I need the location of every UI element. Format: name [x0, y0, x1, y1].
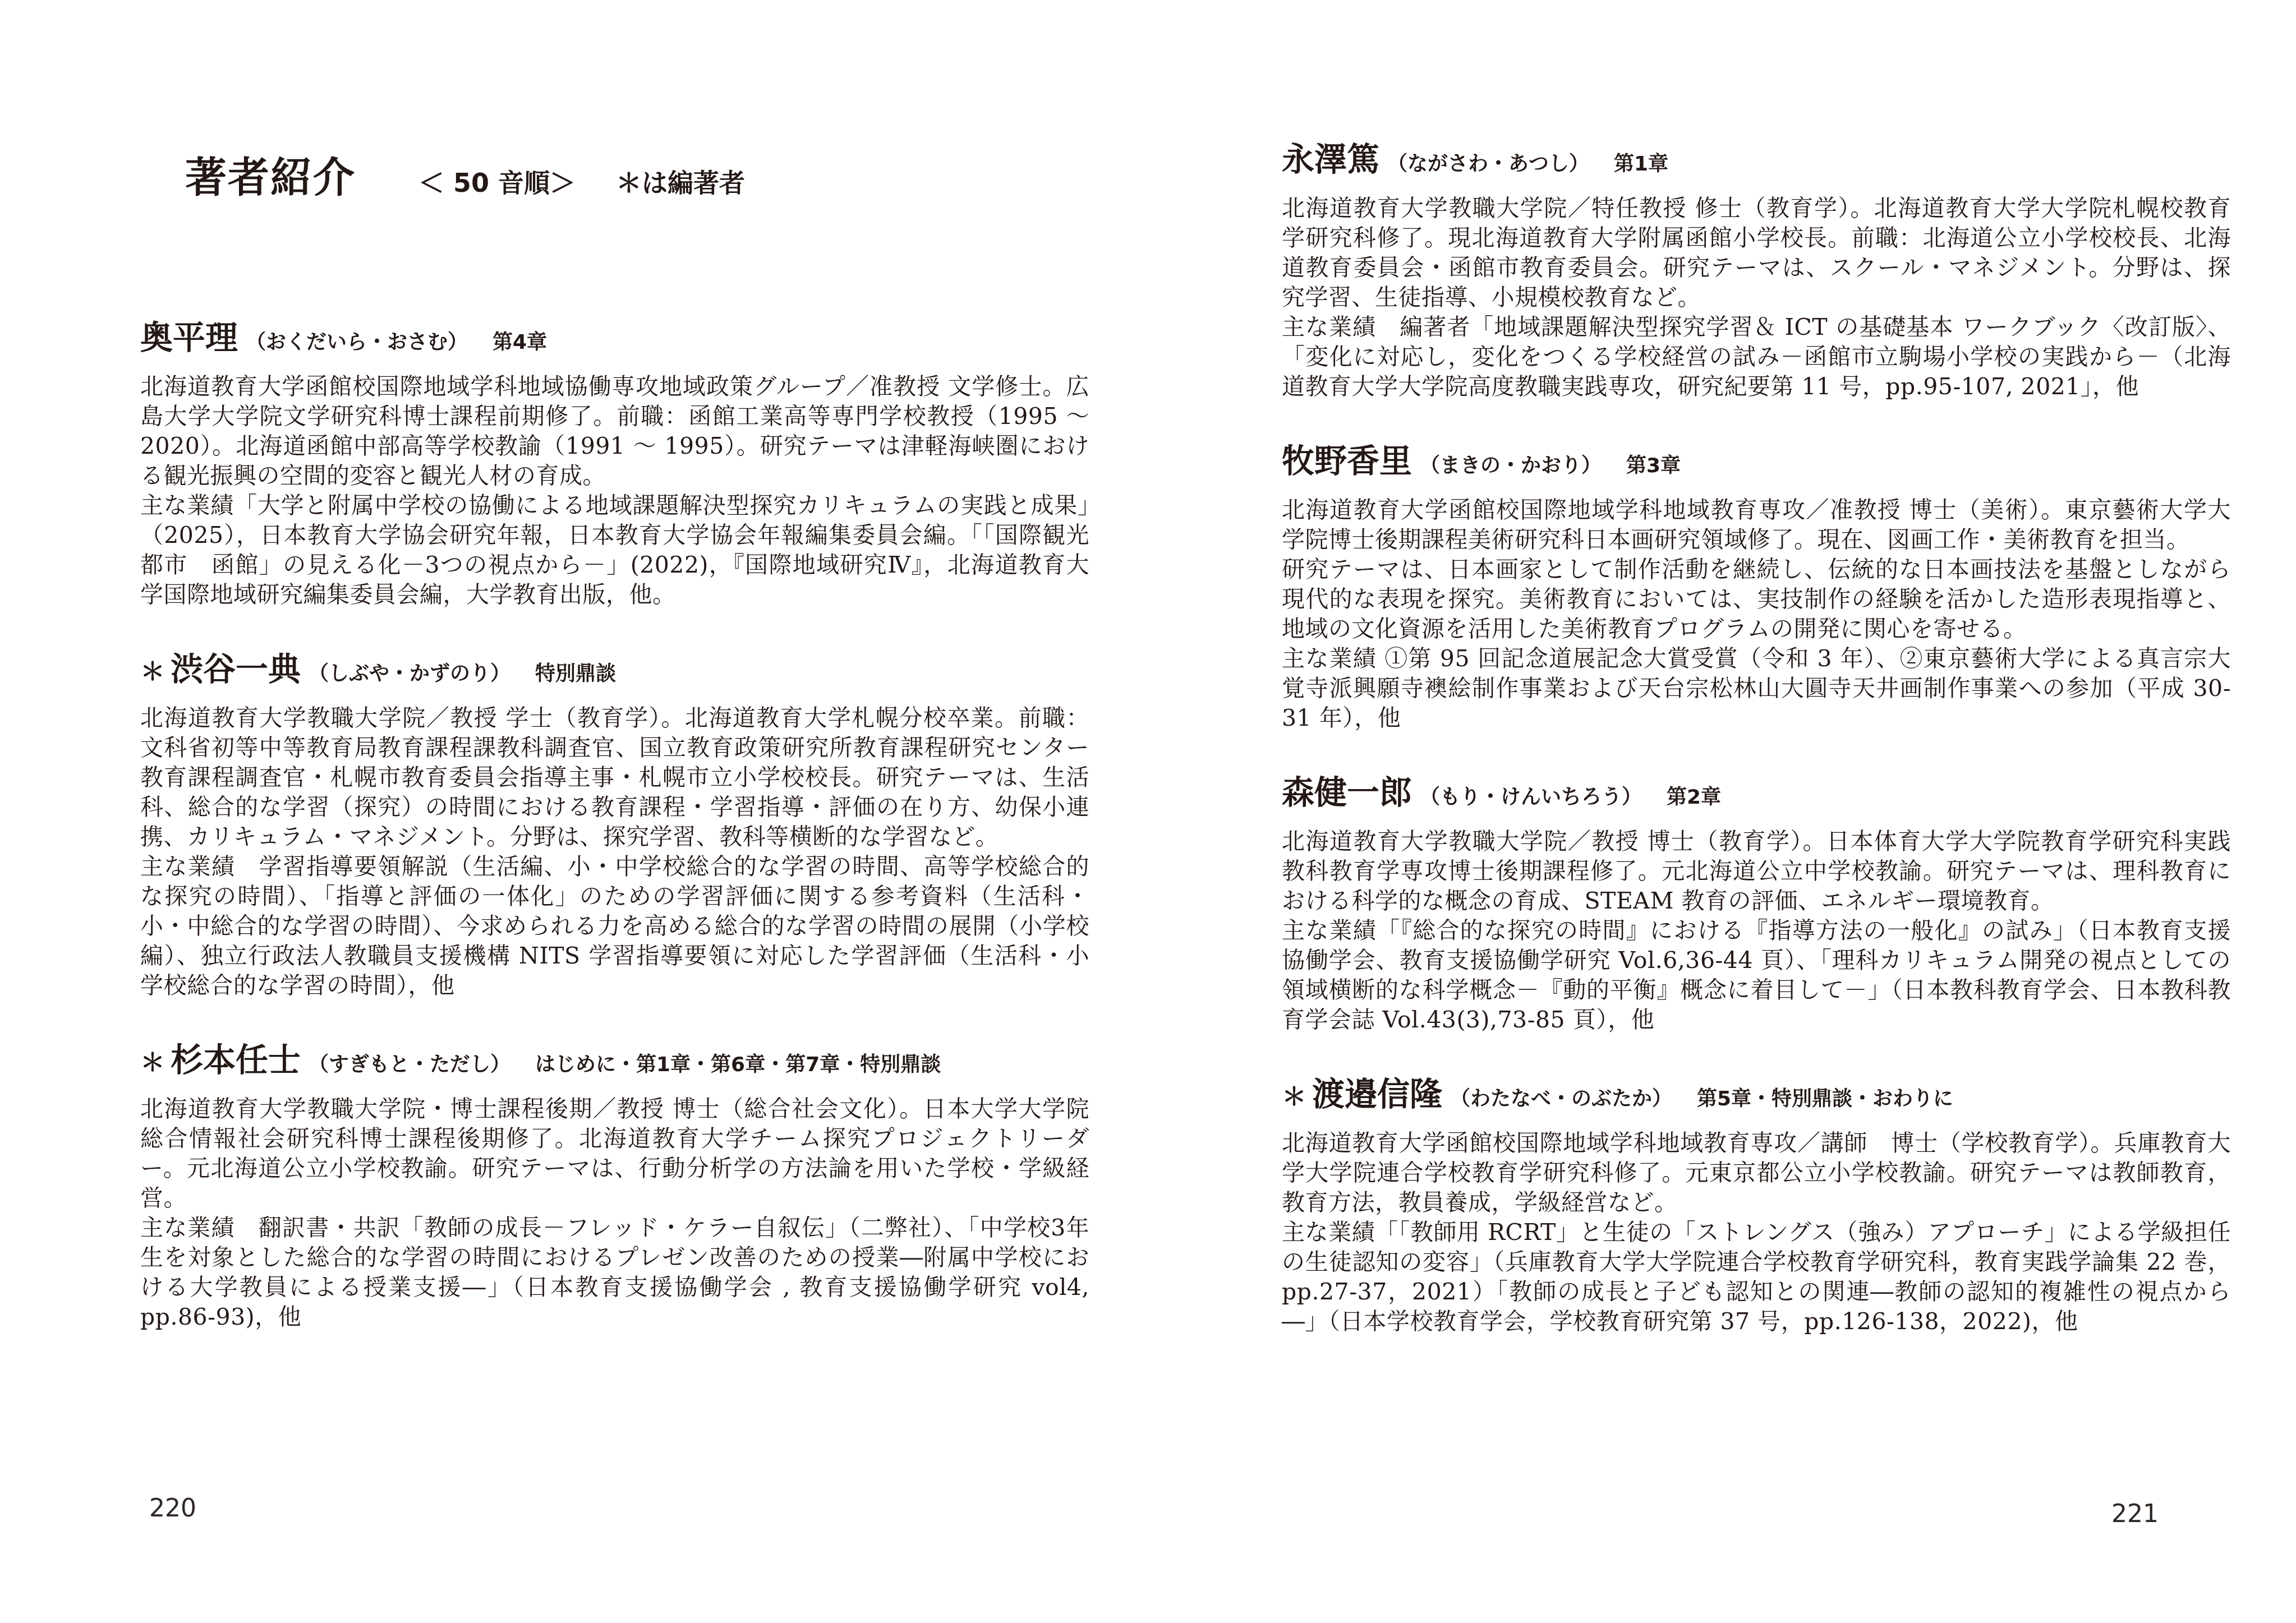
- author-entry: 永澤篤 （ながさわ・あつし） 第1章 北海道教育大学教職大学院／特任教授 修士（…: [1282, 142, 2231, 402]
- author-chapters: 第4章: [493, 332, 547, 353]
- author-asterisk: ＊: [1282, 1085, 1306, 1110]
- author-chapters: 第2章: [1667, 787, 1721, 808]
- author-entry: 牧野香里 （まきの・かおり） 第3章 北海道教育大学函館校国際地域学科地域教育専…: [1282, 444, 2231, 733]
- page-number-right: 221: [2111, 1500, 2159, 1528]
- author-furigana: （おくだいら・おさむ）: [246, 332, 468, 353]
- page-title: 著者紹介: [185, 145, 356, 204]
- author-name: 奥平理: [140, 321, 238, 355]
- author-name: 渋谷一典: [171, 652, 301, 686]
- author-heading: 牧野香里 （まきの・かおり） 第3章: [1282, 444, 2231, 478]
- author-name: 渡邉信隆: [1312, 1077, 1442, 1112]
- author-bio: 北海道教育大学函館校国際地域学科地域教育専攻／准教授 博士（美術）。東京藝術大学…: [1282, 495, 2231, 733]
- author-furigana: （もり・けんいちろう）: [1420, 787, 1642, 808]
- author-heading: 永澤篤 （ながさわ・あつし） 第1章: [1282, 142, 2231, 177]
- author-name: 牧野香里: [1282, 444, 1412, 478]
- author-name: 永澤篤: [1282, 142, 1379, 177]
- author-entry: 奥平理 （おくだいら・おさむ） 第4章 北海道教育大学函館校国際地域学科地域協働…: [140, 321, 1089, 610]
- left-page: 著者紹介 ＜ 50 音順＞ ＊は編著者 奥平理 （おくだいら・おさむ） 第4章 …: [140, 0, 1089, 1332]
- author-bio: 北海道教育大学函館校国際地域学科地域協働専攻地域政策グループ／准教授 文学修士。…: [140, 372, 1089, 610]
- author-furigana: （すぎもと・ただし）: [309, 1054, 510, 1076]
- author-asterisk: ＊: [140, 660, 165, 685]
- order-note: ＜ 50 音順＞: [418, 163, 576, 200]
- author-heading: 奥平理 （おくだいら・おさむ） 第4章: [140, 321, 1089, 355]
- author-bio: 北海道教育大学教職大学院／特任教授 修士（教育学）。北海道教育大学大学院札幌校教…: [1282, 193, 2231, 402]
- page-header: 著者紹介 ＜ 50 音順＞ ＊は編著者: [185, 145, 1089, 204]
- page-number-left: 220: [149, 1494, 196, 1523]
- author-bio: 北海道教育大学函館校国際地域学科地域教育専攻／講師 博士（学校教育学）。兵庫教育…: [1282, 1128, 2231, 1336]
- author-entry: ＊ 渡邉信隆 （わたなべ・のぶたか） 第5章・特別鼎談・おわりに 北海道教育大学…: [1282, 1077, 2231, 1336]
- author-chapters: 第3章: [1626, 455, 1681, 477]
- author-chapters: 第5章・特別鼎談・おわりに: [1697, 1089, 1953, 1110]
- author-name: 森健一郎: [1282, 776, 1412, 810]
- right-page: 永澤篤 （ながさわ・あつし） 第1章 北海道教育大学教職大学院／特任教授 修士（…: [1282, 0, 2231, 1336]
- author-chapters: 第1章: [1614, 154, 1668, 175]
- author-asterisk: ＊: [140, 1050, 165, 1076]
- author-furigana: （しぶや・かずのり）: [309, 663, 510, 685]
- author-chapters: はじめに・第1章・第6章・第7章・特別鼎談: [535, 1054, 941, 1076]
- author-bio: 北海道教育大学教職大学院／教授 博士（教育学）。日本体育大学大学院教育学研究科実…: [1282, 827, 2231, 1035]
- author-entry: 森健一郎 （もり・けんいちろう） 第2章 北海道教育大学教職大学院／教授 博士（…: [1282, 776, 2231, 1035]
- author-bio: 北海道教育大学教職大学院／教授 学士（教育学）。北海道教育大学札幌分校卒業。前職…: [140, 703, 1089, 1000]
- author-chapters: 特別鼎談: [535, 663, 616, 685]
- author-furigana: （ながさわ・あつし）: [1387, 154, 1589, 175]
- editor-note: ＊は編著者: [616, 163, 745, 200]
- author-entry: ＊ 渋谷一典 （しぶや・かずのり） 特別鼎談 北海道教育大学教職大学院／教授 学…: [140, 652, 1089, 1000]
- author-furigana: （わたなべ・のぶたか）: [1450, 1089, 1672, 1110]
- author-furigana: （まきの・かおり）: [1420, 455, 1602, 477]
- author-heading: ＊ 渋谷一典 （しぶや・かずのり） 特別鼎談: [140, 652, 1089, 686]
- author-name: 杉本任士: [171, 1043, 301, 1077]
- author-heading: ＊ 渡邉信隆 （わたなべ・のぶたか） 第5章・特別鼎談・おわりに: [1282, 1077, 2231, 1112]
- author-entry: ＊ 杉本任士 （すぎもと・ただし） はじめに・第1章・第6章・第7章・特別鼎談 …: [140, 1043, 1089, 1332]
- author-bio: 北海道教育大学教職大学院・博士課程後期／教授 博士（総合社会文化）。日本大学大学…: [140, 1094, 1089, 1332]
- author-heading: ＊ 杉本任士 （すぎもと・ただし） はじめに・第1章・第6章・第7章・特別鼎談: [140, 1043, 1089, 1077]
- author-heading: 森健一郎 （もり・けんいちろう） 第2章: [1282, 776, 2231, 810]
